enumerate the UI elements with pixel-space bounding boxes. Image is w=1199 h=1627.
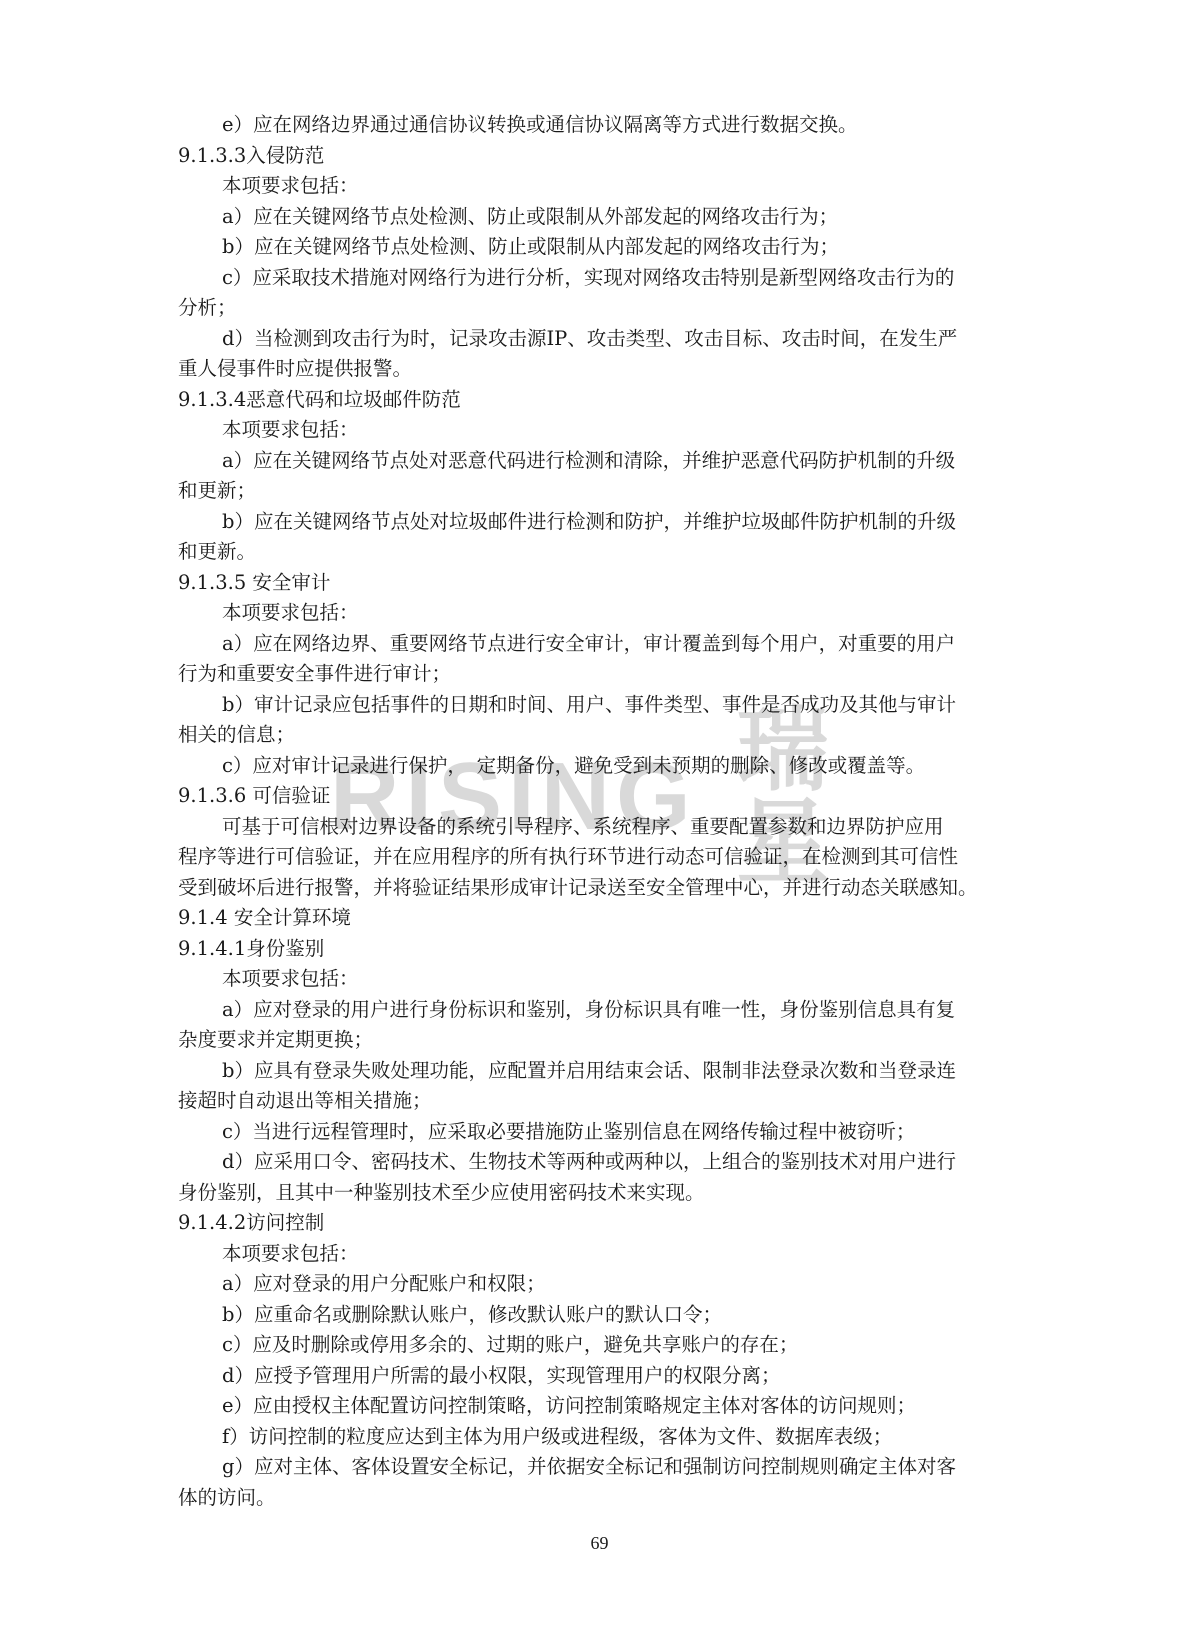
list-item-continuation: 和更新。	[178, 537, 1018, 568]
list-item: c）当进行远程管理时，应采取必要措施防止鉴别信息在网络传输过程中被窃听；	[178, 1117, 1018, 1148]
list-item: c）应采取技术措施对网络行为进行分析，实现对网络攻击特别是新型网络攻击行为的	[178, 263, 1018, 294]
section-heading: 9.1.3.4恶意代码和垃圾邮件防范	[178, 385, 1018, 416]
paragraph: 可基于可信根对边界设备的系统引导程序、系统程序、重要配置参数和边界防护应用	[178, 812, 1018, 843]
section-heading: 9.1.3.5 安全审计	[178, 568, 1018, 599]
list-item: a）应对登录的用户进行身份标识和鉴别，身份标识具有唯一性，身份鉴别信息具有复	[178, 995, 1018, 1026]
list-item: b）应在关键网络节点处对垃圾邮件进行检测和防护，并维护垃圾邮件防护机制的升级	[178, 507, 1018, 538]
list-item: b）应具有登录失败处理功能，应配置并启用结束会话、限制非法登录次数和当登录连	[178, 1056, 1018, 1087]
requirement-intro: 本项要求包括：	[178, 415, 1018, 446]
list-item: d）应授予管理用户所需的最小权限，实现管理用户的权限分离；	[178, 1361, 1018, 1392]
list-item-continuation: 相关的信息；	[178, 720, 1018, 751]
list-item: a）应在关键网络节点处对恶意代码进行检测和清除，并维护恶意代码防护机制的升级	[178, 446, 1018, 477]
list-item: b）应重命名或删除默认账户，修改默认账户的默认口令；	[178, 1300, 1018, 1331]
list-item: e）应由授权主体配置访问控制策略，访问控制策略规定主体对客体的访问规则；	[178, 1391, 1018, 1422]
section-heading: 9.1.3.6 可信验证	[178, 781, 1018, 812]
section-heading: 9.1.4.1身份鉴别	[178, 934, 1018, 965]
list-item-continuation: 体的访问。	[178, 1483, 1018, 1514]
list-item: f）访问控制的粒度应达到主体为用户级或进程级，客体为文件、数据库表级；	[178, 1422, 1018, 1453]
requirement-intro: 本项要求包括：	[178, 598, 1018, 629]
list-item-continuation: 接超时自动退出等相关措施；	[178, 1086, 1018, 1117]
document-body: e）应在网络边界通过通信协议转换或通信协议隔离等方式进行数据交换。 9.1.3.…	[178, 110, 1018, 1513]
section-heading: 9.1.4 安全计算环境	[178, 903, 1018, 934]
list-item: e）应在网络边界通过通信协议转换或通信协议隔离等方式进行数据交换。	[178, 110, 1018, 141]
list-item: a）应在关键网络节点处检测、防止或限制从外部发起的网络攻击行为；	[178, 202, 1018, 233]
requirement-intro: 本项要求包括：	[178, 171, 1018, 202]
list-item-continuation: 分析；	[178, 293, 1018, 324]
document-page: RISING 瑞星 e）应在网络边界通过通信协议转换或通信协议隔离等方式进行数据…	[0, 0, 1199, 1627]
section-heading: 9.1.4.2访问控制	[178, 1208, 1018, 1239]
list-item: c）应对审计记录进行保护， 定期备份，避免受到未预期的删除、修改或覆盖等。	[178, 751, 1018, 782]
list-item: d）应采用口令、密码技术、生物技术等两种或两种以，上组合的鉴别技术对用户进行	[178, 1147, 1018, 1178]
list-item-continuation: 和更新；	[178, 476, 1018, 507]
list-item: c）应及时删除或停用多余的、过期的账户，避免共享账户的存在；	[178, 1330, 1018, 1361]
list-item-continuation: 重人侵事件时应提供报警。	[178, 354, 1018, 385]
list-item-continuation: 身份鉴别，且其中一种鉴别技术至少应使用密码技术来实现。	[178, 1178, 1018, 1209]
list-item: b）应在关键网络节点处检测、防止或限制从内部发起的网络攻击行为；	[178, 232, 1018, 263]
section-heading: 9.1.3.3入侵防范	[178, 141, 1018, 172]
list-item: a）应在网络边界、重要网络节点进行安全审计，审计覆盖到每个用户，对重要的用户	[178, 629, 1018, 660]
list-item-continuation: 行为和重要安全事件进行审计；	[178, 659, 1018, 690]
page-number: 69	[0, 1533, 1199, 1554]
list-item: b）审计记录应包括事件的日期和时间、用户、事件类型、事件是否成功及其他与审计	[178, 690, 1018, 721]
list-item: d）当检测到攻击行为时，记录攻击源IP、攻击类型、攻击目标、攻击时间，在发生严	[178, 324, 1018, 355]
requirement-intro: 本项要求包括：	[178, 964, 1018, 995]
list-item: a）应对登录的用户分配账户和权限；	[178, 1269, 1018, 1300]
paragraph-continuation: 受到破坏后进行报警，并将验证结果形成审计记录送至安全管理中心，并进行动态关联感知…	[178, 873, 1018, 904]
list-item-continuation: 杂度要求并定期更换；	[178, 1025, 1018, 1056]
list-item: g）应对主体、客体设置安全标记，并依据安全标记和强制访问控制规则确定主体对客	[178, 1452, 1018, 1483]
requirement-intro: 本项要求包括：	[178, 1239, 1018, 1270]
paragraph-continuation: 程序等进行可信验证，并在应用程序的所有执行环节进行动态可信验证，在检测到其可信性	[178, 842, 1018, 873]
